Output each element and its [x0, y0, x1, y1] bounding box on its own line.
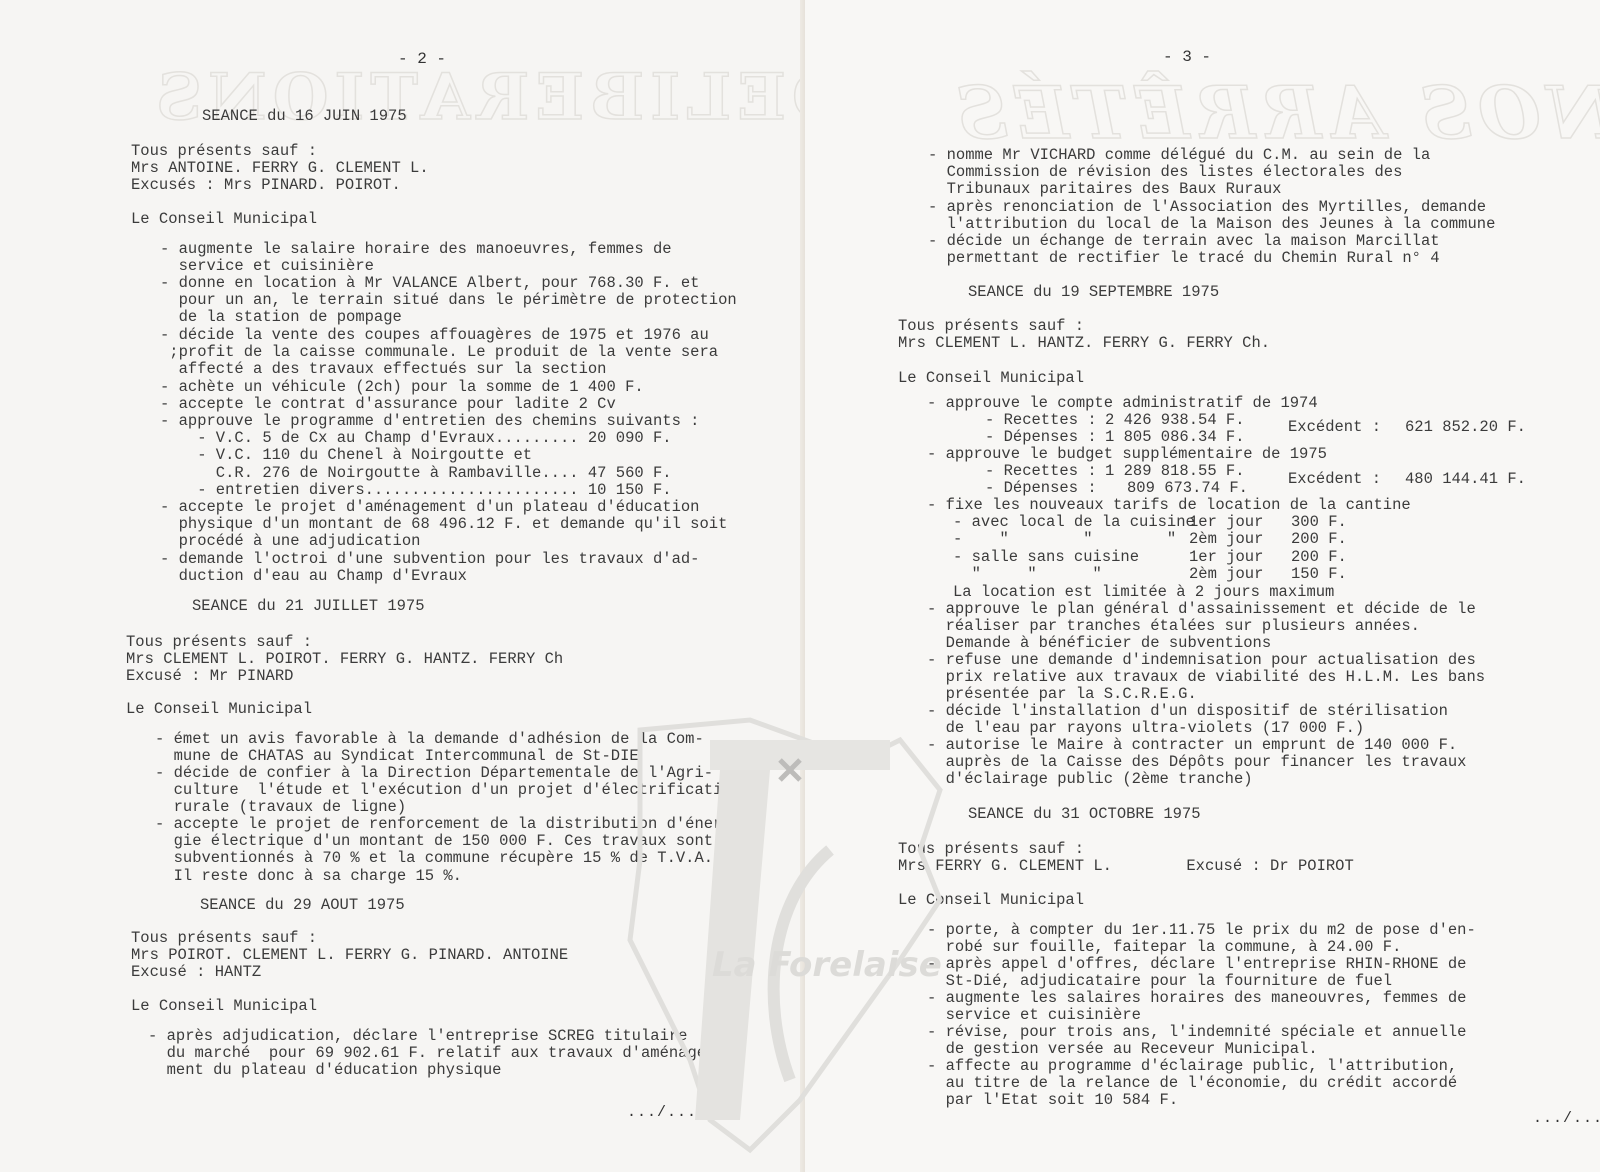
- tarif-price: 200 F.: [1291, 531, 1347, 548]
- resolution-item: - augmente le salaire horaire des manoeu…: [160, 241, 672, 275]
- resolution-item: - décide de confier à la Direction Dépar…: [155, 765, 741, 817]
- tarif-day: 1er jour: [1189, 549, 1263, 566]
- resolution-item: - donne en location à Mr VALANCE Albert,…: [160, 275, 737, 327]
- session-title: SEANCE du 16 JUIN 1975: [202, 108, 407, 125]
- resolution-item: - décide l'installation d'un dispositif …: [927, 703, 1448, 737]
- excedent-label: Excédent :: [1288, 419, 1381, 436]
- excedent-value: 480 144.41 F.: [1405, 471, 1526, 488]
- tarif-day: 1er jour: [1189, 514, 1263, 531]
- resolution-item: - accepte le projet d'aménagement d'un p…: [160, 499, 727, 551]
- tarifs-note: La location est limitée à 2 jours maximu…: [953, 584, 1334, 601]
- resolution-item: - après appel d'offres, déclare l'entrep…: [927, 956, 1467, 990]
- council-heading: Le Conseil Municipal: [126, 701, 312, 718]
- depenses-value: 809 673.74 F.: [1127, 480, 1248, 497]
- road-maintenance-list: - approuve le programme d'entretien des …: [160, 413, 700, 499]
- excedent-label: Excédent :: [1288, 471, 1381, 488]
- council-heading: Le Conseil Municipal: [131, 211, 317, 228]
- continuation-mark-left: .../...: [627, 1104, 697, 1121]
- council-heading: Le Conseil Municipal: [131, 998, 317, 1015]
- attendance-line: Tous présents sauf :: [131, 143, 317, 160]
- attendance-line: Mrs CLEMENT L. HANTZ. FERRY G. FERRY Ch.: [898, 335, 1270, 352]
- recettes-label: - Recettes :: [985, 412, 1097, 429]
- attendance-line: Tous présents sauf :: [131, 930, 317, 947]
- tarif-price: 150 F.: [1291, 566, 1347, 583]
- tarif-room: - salle sans cuisine: [953, 549, 1139, 566]
- tarif-day: 2èm jour: [1189, 566, 1263, 583]
- attendance-line: Tous présents sauf :: [126, 634, 312, 651]
- depenses-label: - Dépenses :: [985, 480, 1097, 497]
- tarif-room: - avec local de la cuisine: [953, 514, 1195, 531]
- tarif-day: 2èm jour: [1189, 531, 1263, 548]
- recettes-label: - Recettes :: [985, 463, 1097, 480]
- continuation-mark-right: .../...: [1533, 1110, 1600, 1127]
- attendance-line: Mrs FERRY G. CLEMENT L. Excusé : Dr POIR…: [898, 858, 1354, 875]
- left-page: NOS DELIBERATIONS - 2 - SEANCE du 16 JUI…: [0, 0, 805, 1172]
- resolution-item: - après renonciation de l'Association de…: [928, 199, 1495, 233]
- attendance-line: Tous présents sauf :: [898, 841, 1084, 858]
- resolution-item: - approuve le plan général d'assainissem…: [927, 601, 1476, 653]
- resolution-item: - accepte le projet de renforcement de l…: [155, 816, 732, 885]
- attendance-line: Mrs ANTOINE. FERRY G. CLEMENT L.: [131, 160, 429, 177]
- resolution-item: - demande l'octroi d'une subvention pour…: [160, 551, 700, 585]
- excedent-value: 621 852.20 F.: [1405, 419, 1526, 436]
- attendance-line: Excusé : Mr PINARD: [126, 668, 293, 685]
- tarif-room: - " " ": [953, 531, 1176, 548]
- resolution-item: - porte, à compter du 1er.11.75 le prix …: [927, 922, 1476, 956]
- right-page: NOS ARRÊTÉS - 3 - - nomme Mr VICHARD com…: [805, 0, 1600, 1172]
- resolution-item: - émet un avis favorable à la demande d'…: [155, 731, 704, 765]
- resolution-item: - accepte le contrat d'assurance pour la…: [160, 396, 616, 413]
- resolution-item: - décide la vente des coupes affouagères…: [160, 327, 718, 379]
- council-heading: Le Conseil Municipal: [898, 370, 1084, 387]
- resolution-item: - achète un véhicule (2ch) pour la somme…: [160, 379, 644, 396]
- resolution-item: - refuse une demande d'indemnisation pou…: [927, 652, 1485, 704]
- attendance-line: Mrs CLEMENT L. POIROT. FERRY G. HANTZ. F…: [126, 651, 563, 668]
- tarifs-heading: - fixe les nouveaux tarifs de location d…: [927, 497, 1411, 514]
- resolution-item: - affecte au programme d'éclairage publi…: [927, 1058, 1457, 1110]
- attendance-line: Tous présents sauf :: [898, 318, 1084, 335]
- recettes-value: 1 289 818.55 F.: [1105, 463, 1245, 480]
- resolution-item: - révise, pour trois ans, l'indemnité sp…: [927, 1024, 1467, 1058]
- attendance-line: Mrs POIROT. CLEMENT L. FERRY G. PINARD. …: [131, 947, 568, 964]
- resolution-item: - après adjudication, déclare l'entrepri…: [148, 1028, 715, 1080]
- session-title: SEANCE du 19 SEPTEMBRE 1975: [968, 284, 1219, 301]
- page-number-right: - 3 -: [1163, 48, 1211, 66]
- session-title: SEANCE du 21 JUILLET 1975: [192, 598, 425, 615]
- account-heading: - approuve le compte administratif de 19…: [927, 395, 1318, 412]
- tarif-price: 200 F.: [1291, 549, 1347, 566]
- attendance-line: Excusés : Mrs PINARD. POIROT.: [131, 177, 401, 194]
- ghost-heading-right: NOS ARRÊTÉS: [950, 70, 1600, 155]
- resolution-item: - augmente les salaires horaires des man…: [927, 990, 1467, 1024]
- tarif-price: 300 F.: [1291, 514, 1347, 531]
- depenses-value: 1 805 086.34 F.: [1105, 429, 1245, 446]
- resolution-item: - décide un échange de terrain avec la m…: [928, 233, 1440, 267]
- session-title: SEANCE du 31 OCTOBRE 1975: [968, 806, 1201, 823]
- attendance-line: Excusé : HANTZ: [131, 964, 261, 981]
- account-heading: - approuve le budget supplémentaire de 1…: [927, 446, 1327, 463]
- tarif-room: " " ": [953, 566, 1102, 583]
- council-heading: Le Conseil Municipal: [898, 892, 1084, 909]
- resolution-item: - nomme Mr VICHARD comme délégué du C.M.…: [928, 147, 1430, 199]
- depenses-label: - Dépenses :: [985, 429, 1097, 446]
- session-title: SEANCE du 29 AOUT 1975: [200, 897, 405, 914]
- resolution-item: - autorise le Maire à contracter un empr…: [927, 737, 1467, 789]
- recettes-value: 2 426 938.54 F.: [1105, 412, 1245, 429]
- page-number-left: - 2 -: [398, 50, 446, 68]
- watermark-text: La Forelaise: [712, 945, 942, 985]
